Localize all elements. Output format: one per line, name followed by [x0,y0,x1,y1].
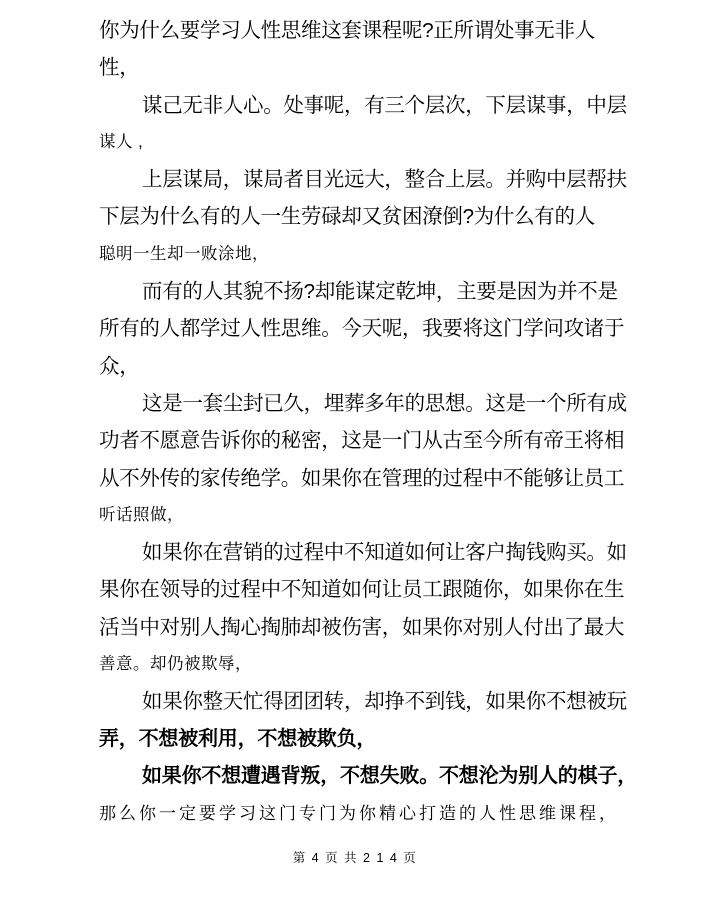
text-line: 活当中对别人掏心掏肺却被伤害，如果你对别人付出了最大 [99,609,635,646]
text-line: 下层为什么有的人一生劳碌却又贫困潦倒?为什么有的人 [99,198,635,235]
document-page: 你为什么要学习人性思维这套课程呢?正所谓处事无非人性，谋己无非人心。处事呢，有三… [0,0,710,916]
text-line: 而有的人其貌不扬?却能谋定乾坤，主要是因为并不是 [99,273,635,310]
text-block: 你为什么要学习人性思维这套课程呢?正所谓处事无非人性，谋己无非人心。处事呢，有三… [99,12,635,833]
text-line: 这是一套尘封已久，埋葬多年的思想。这是一个所有成 [99,385,635,422]
page-number-footer: 第 4 页 共 2 1 4 页 [0,848,710,866]
text-line: 从不外传的家传绝学。如果你在管理的过程中不能够让员工 [99,460,635,497]
text-line: 如果你不想遭遇背叛，不想失败。不想沦为别人的棋子， [99,758,635,795]
text-line: 所有的人都学过人性思维。今天呢，我要将这门学问攻诸于 [99,310,635,347]
text-line: 聪明一生却一败涂地， [99,236,635,273]
text-line: 你为什么要学习人性思维这套课程呢?正所谓处事无非人 [99,12,635,49]
text-line: 善意。却仍被欺辱， [99,646,635,683]
text-line: 听话照做， [99,497,635,534]
text-line: 上层谋局，谋局者目光远大，整合上层。并购中层帮扶 [99,161,635,198]
text-line: 那么你一定要学习这门专门为你精心打造的人性思维课程， [99,795,635,832]
text-line: 性， [99,49,635,86]
text-line: 弄，不想被利用，不想被欺负， [99,721,635,758]
text-line: 谋己无非人心。处事呢，有三个层次，下层谋事，中层 [99,87,635,124]
text-line: 功者不愿意告诉你的秘密，这是一门从古至今所有帝王将相 [99,422,635,459]
text-line: 众， [99,348,635,385]
text-line: 如果你在营销的过程中不知道如何让客户掏钱购买。如 [99,534,635,571]
text-line: 果你在领导的过程中不知道如何让员工跟随你，如果你在生 [99,571,635,608]
text-line: 谋人 , [99,124,635,161]
text-line: 如果你整天忙得团团转，却挣不到钱，如果你不想被玩 [99,683,635,720]
